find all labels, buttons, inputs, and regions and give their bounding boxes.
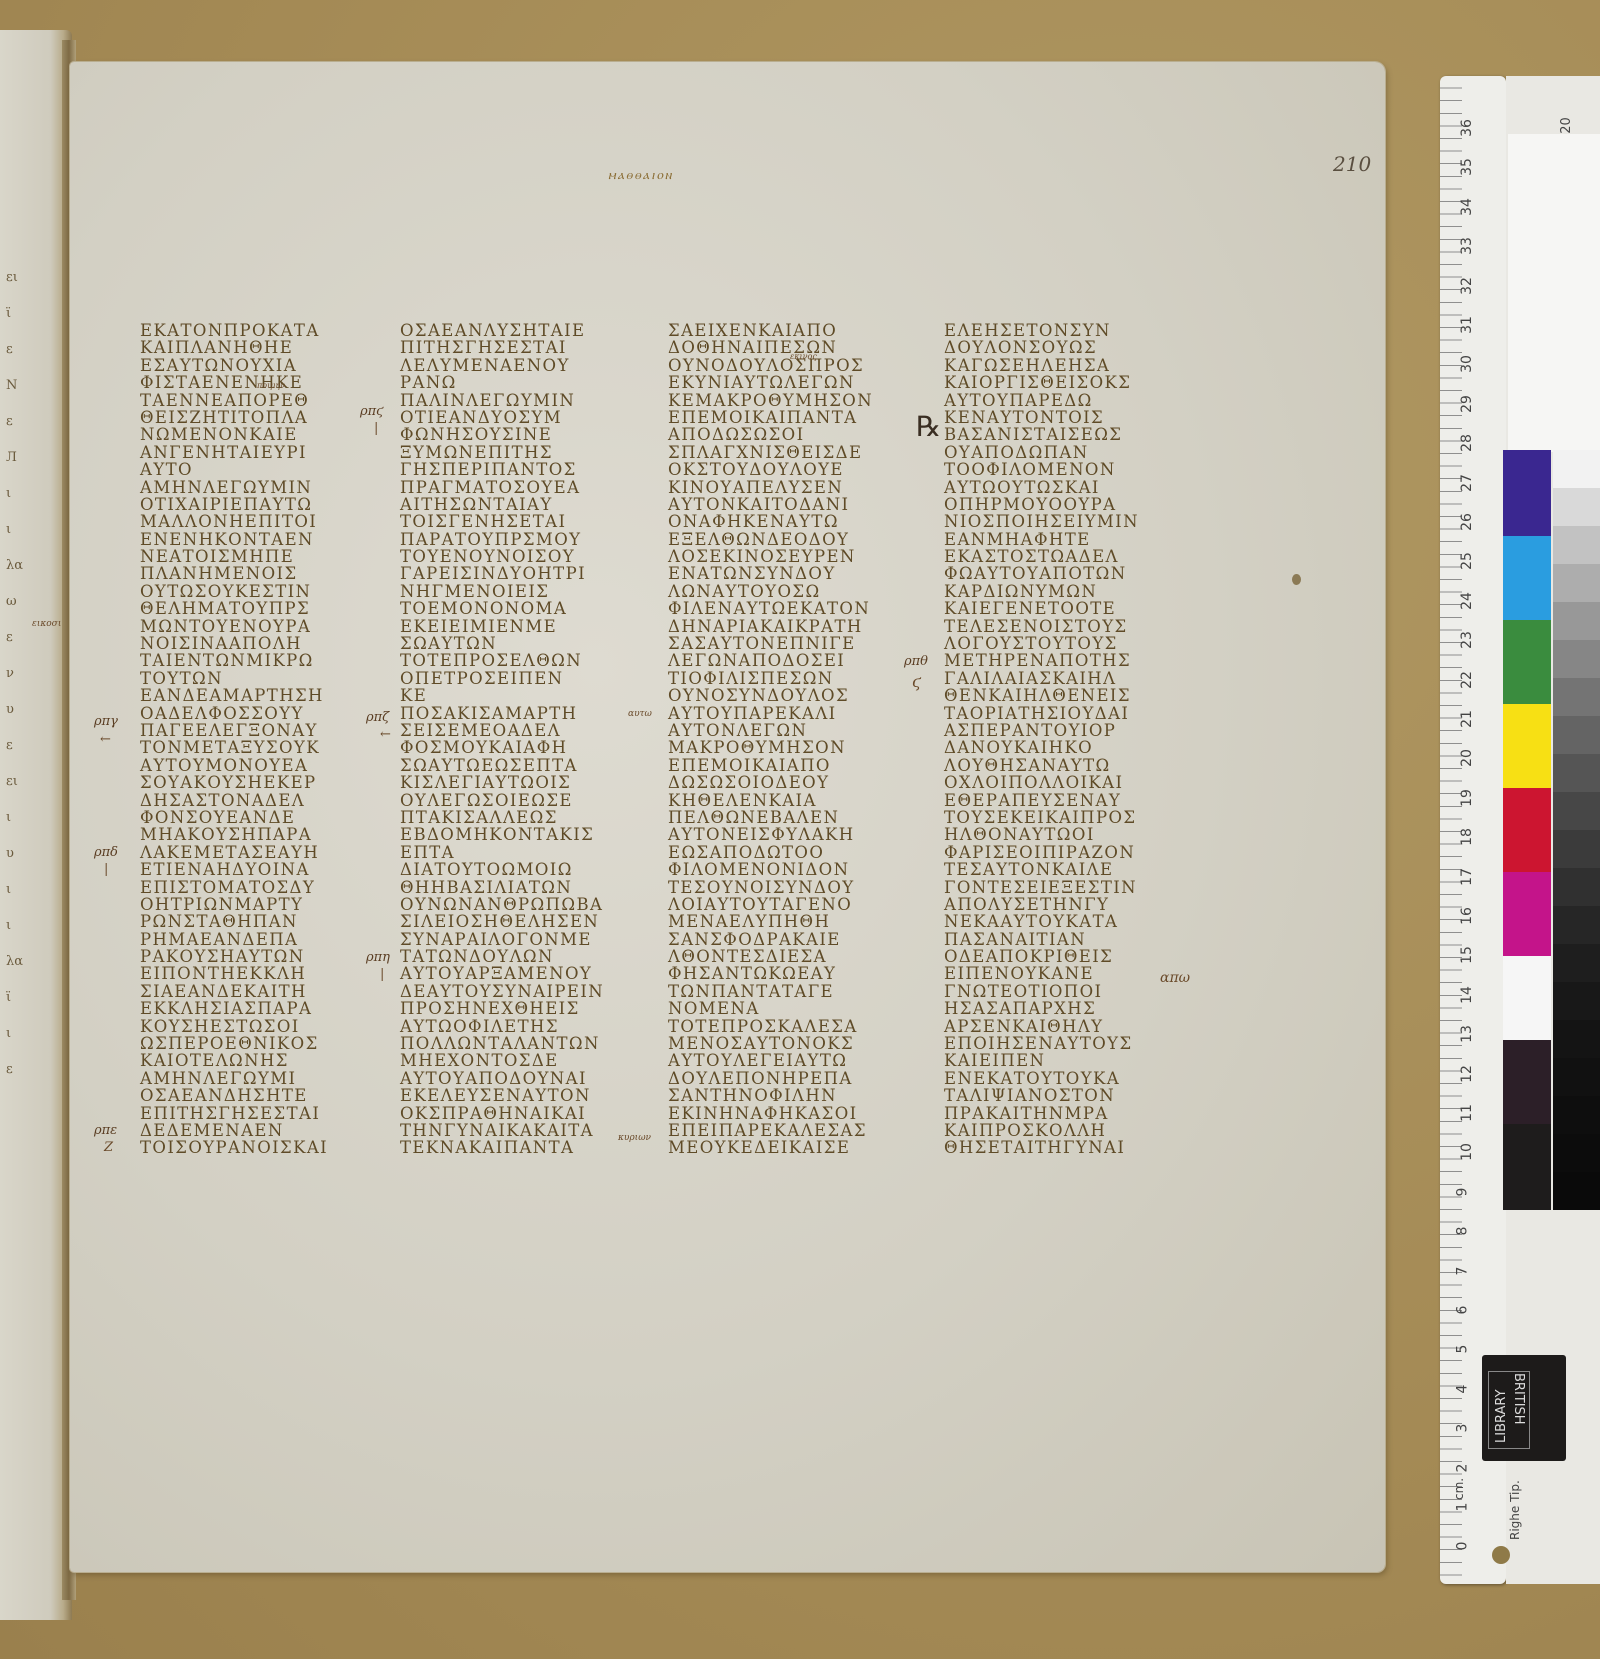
facing-page-text-fragment: υ [6, 846, 14, 861]
manuscript-line: ΟΚΣΠΡΑΘΗΝΑΙΚΑΙ [400, 1105, 655, 1122]
facing-page-text-fragment: Л [6, 450, 17, 465]
ruler-number: 10 [1459, 1143, 1475, 1161]
manuscript-line: ΣΑΕΙΧΕΝΚΑΙΑΠΟ [668, 322, 923, 339]
manuscript-line: ΤΟΥΕΝΟΥΝΟΙΣΟΥ [400, 548, 655, 565]
manuscript-line: ΤΕΚΝΑΚΑΙΠΑΝΤΑ [400, 1139, 655, 1156]
ruler-number: 29 [1459, 395, 1475, 413]
facing-page-text-fragment: ε [6, 342, 13, 357]
manuscript-line: ΣΟΥΑΚΟΥΣΗΕΚΕΡ [140, 774, 395, 791]
manuscript-line: ΤΑΤΩΝΔΟΥΛΩΝ [400, 948, 655, 965]
manuscript-line: ΟΧΛΟΙΠΟΛΛΟΙΚΑΙ [944, 774, 1199, 791]
manuscript-line: ΤΟΟΦΙΛΟΜΕΝΟΝ [944, 461, 1199, 478]
manuscript-line: ΚΑΙΟΤΕΛΩΝΗΣ [140, 1052, 395, 1069]
manuscript-line: ΟΗΤΡΙΩΝΜΑΡΤΥ [140, 896, 395, 913]
color-swatch-black [1503, 1124, 1551, 1210]
manuscript-line: ΝΕΑΤΟΙΣΜΗΠΕ [140, 548, 395, 565]
manuscript-line: ΛΟΓΟΥΣΤΟΥΤΟΥΣ [944, 635, 1199, 652]
manuscript-line: ΑΠΟΔΩΣΩΣΟΙ [668, 426, 923, 443]
manuscript-line: ΤΟΤΕΠΡΟΣΕΛΘΩΝ [400, 652, 655, 669]
gray-step-swatch [1553, 868, 1600, 906]
manuscript-line: ΕΚΑΤΟΝΠΡΟΚΑΤΑ [140, 322, 395, 339]
margin-gloss: κυριων [618, 1133, 651, 1143]
manuscript-line: ΕΚΑΣΤΟΣΤΩΑΔΕΛ [944, 548, 1199, 565]
manuscript-line: ΤΟΤΕΠΡΟΣΚΑΛΕΣΑ [668, 1018, 923, 1035]
gray-step-swatch [1553, 488, 1600, 526]
facing-page-text-fragment: ε [6, 1062, 13, 1077]
manuscript-line: ΕΚΕΙΕΙΜΙΕΝΜΕ [400, 618, 655, 635]
manuscript-line: ΛΕΓΩΝΑΠΟΔΟΣΕΙ [668, 652, 923, 669]
section-number: ρπζ [366, 710, 389, 725]
gray-step-swatch [1553, 1096, 1600, 1134]
section-number: ρπθ [904, 654, 928, 669]
manuscript-line: ΤΟΙΣΓΕΝΗΣΕΤΑΙ [400, 513, 655, 530]
manuscript-line: ΟΥΛΕΓΩΣΟΙΕΩΣΕ [400, 792, 655, 809]
ruler-number: 26 [1459, 513, 1475, 531]
manuscript-line: ΘΕΙΣΖΗΤΙΤΟΠΛΑ [140, 409, 395, 426]
manuscript-line: ΕΚΥΝΙΑΥΤΩΛΕΓΩΝ [668, 374, 923, 391]
manuscript-line: ΟΣΑΕΑΝΛΥΣΗΤΑΙΕ [400, 322, 655, 339]
manuscript-line: ΕΘΕΡΑΠΕΥΣΕΝΑΥ [944, 792, 1199, 809]
manuscript-line: ΚΕΜΑΚΡΟΘΥΜΗΣΟΝ [668, 392, 923, 409]
manuscript-line: ΟΣΑΕΑΝΔΗΣΗΤΕ [140, 1087, 395, 1104]
manuscript-line: ΦΑΡΙΣΕΟΙΠΙΡΑΖΟΝ [944, 844, 1199, 861]
section-subnumber: | [104, 862, 108, 877]
margin-gloss: αυτω [628, 709, 652, 719]
gray-step-swatch [1553, 526, 1600, 564]
manuscript-line: ΜΕΝΟΣΑΥΤΟΝΟΚΣ [668, 1035, 923, 1052]
section-number: ρπε [94, 1123, 117, 1138]
facing-page-text-fragment: Ν [6, 378, 17, 393]
ruler-unit-label: cm. [1452, 1478, 1466, 1500]
color-swatch-yellow [1503, 704, 1551, 788]
gray-step-swatch [1553, 1058, 1600, 1096]
manuscript-line: ΠΙΤΗΣΓΗΣΕΣΤΑΙ [400, 339, 655, 356]
color-swatch-magenta [1503, 872, 1551, 956]
gray-step-swatch [1553, 1134, 1600, 1172]
manuscript-line: ΤΙΟΦΙΛΙΣΠΕΣΩΝ [668, 670, 923, 687]
gray-step-swatch [1553, 716, 1600, 754]
ruler-number: 23 [1459, 631, 1475, 649]
section-subnumber: ← [380, 727, 391, 742]
section-number: ρπδ [94, 845, 118, 860]
manuscript-line: ΚΗΘΕΛΕΝΚΑΙΑ [668, 792, 923, 809]
ruler-number: 25 [1459, 552, 1475, 570]
ruler-number: 19 [1459, 789, 1475, 807]
manuscript-line: ΠΡΟΣΗΝΕΧΘΗΕΙΣ [400, 1000, 655, 1017]
color-swatch-dark-brown [1503, 1040, 1551, 1124]
label-line-british: BRITISH [1511, 1373, 1526, 1425]
manuscript-line: ΣΙΛΕΙΟΣΗΘΕΛΗΣΕΝ [400, 913, 655, 930]
manuscript-line: ΠΟΣΑΚΙΣΑΜΑΡΤΗ [400, 705, 655, 722]
manuscript-line: ΟΥΝΩΝΑΝΘΡΩΠΩΒΑ [400, 896, 655, 913]
manuscript-line: ΛΩΝΑΥΤΟΥΟΣΩ [668, 583, 923, 600]
manuscript-line: ΑΥΤΟΥΑΡΞΑΜΕΝΟΥ [400, 965, 655, 982]
manuscript-line: ΜΗΕΧΟΝΤΟΣΔΕ [400, 1052, 655, 1069]
facing-page-text-fragment: ει [6, 774, 18, 789]
ruler-number: 16 [1459, 907, 1475, 925]
manuscript-line: ΚΙΝΟΥΑΠΕΛΥΣΕΝ [668, 479, 923, 496]
manuscript-line: ΤΟΝΜΕΤΑΞΥΣΟΥΚ [140, 739, 395, 756]
manuscript-line: ΣΥΝΑΡΑΙΛΟΓΟΝΜΕ [400, 931, 655, 948]
manuscript-line: ΓΟΝΤΕΣΕΙΕΞΕΣΤΙΝ [944, 879, 1199, 896]
manuscript-line: ΜΕΤΗΡΕΝΑΠΟΤΗΣ [944, 652, 1199, 669]
stain-mark [1292, 574, 1301, 585]
manuscript-line: ΠΑΡΑΤΟΥΠΡΣΜΟΥ [400, 531, 655, 548]
manuscript-line: ΕΠΕΙΠΑΡΕΚΑΛΕΣΑΣ [668, 1122, 923, 1139]
ruler-number: 11 [1459, 1104, 1475, 1122]
manuscript-line: ΤΟΥΣΕΚΕΙΚΑΙΠΡΟΣ [944, 809, 1199, 826]
manuscript-line: ΕΝΕΝΗΚΟΝΤΑΕΝ [140, 531, 395, 548]
manuscript-line: ΕΛΕΗΣΕΤΟΝΣΥΝ [944, 322, 1199, 339]
manuscript-line: ΝΟΜΕΝΑ [668, 1000, 923, 1017]
manuscript-line: ΤΟΙΣΟΥΡΑΝΟΙΣΚΑΙ [140, 1139, 395, 1156]
gray-step-swatch [1553, 678, 1600, 716]
manuscript-line: ΣΑΣΑΥΤΟΝΕΠΝΙΓΕ [668, 635, 923, 652]
ruler-number: 12 [1459, 1065, 1475, 1083]
manuscript-line: ΣΕΙΣΕΜΕΟΑΔΕΛ [400, 722, 655, 739]
manuscript-line: ΝΕΚΑΑΥΤΟΥΚΑΤΑ [944, 913, 1199, 930]
color-swatches [1503, 450, 1551, 1210]
manuscript-line: ΗΣΑΣΑΠΑΡΧΗΣ [944, 1000, 1199, 1017]
manuscript-line: ΔΑΝΟΥΚΑΙΗΚΟ [944, 739, 1199, 756]
manuscript-line: ΣΙΑΕΑΝΔΕΚΑΙΤΗ [140, 983, 395, 1000]
text-column-1: ΕΚΑΤΟΝΠΡΟΚΑΤΑΚΑΙΠΛΑΝΗΘΗΕΕΣΑΥΤΩΝΟΥΧΙΑΦΙΣΤ… [140, 322, 395, 1157]
manuscript-line: ΟΥΑΠΟΔΩΠΑΝ [944, 444, 1199, 461]
manuscript-line: ΒΑΣΑΝΙΣΤΑΙΣΕΩΣ [944, 426, 1199, 443]
manuscript-line: ΜΑΚΡΟΘΥΜΗΣΟΝ [668, 739, 923, 756]
british-library-label: LIBRARY BRITISH [1482, 1355, 1566, 1461]
manuscript-line: ΤΟΥΤΩΝ [140, 670, 395, 687]
manuscript-line: ΤΑΟΡΙΑΤΗΣΙΟΥΔΑΙ [944, 705, 1199, 722]
folio-number: 210 [1333, 152, 1371, 176]
manuscript-line: ΑΥΤΟΝΕΙΣΦΥΛΑΚΗ [668, 826, 923, 843]
ruler-number: 7 [1454, 1266, 1470, 1275]
manuscript-line: ΚΑΡΔΙΩΝΥΜΩΝ [944, 583, 1199, 600]
manuscript-line: ΝΩΜΕΝΟΝΚΑΙΕ [140, 426, 395, 443]
manuscript-line: ΓΗΣΠΕΡΙΠΑΝΤΟΣ [400, 461, 655, 478]
manuscript-line: ΝΙΟΣΠΟΙΗΣΕΙΥΜΙΝ [944, 513, 1199, 530]
corrector-mark: ℞ [916, 410, 941, 443]
facing-page-text-fragment: ε [6, 414, 13, 429]
text-column-2: ΟΣΑΕΑΝΛΥΣΗΤΑΙΕΠΙΤΗΣΓΗΣΕΣΤΑΙΛΕΛΥΜΕΝΑΕΝΟΥΡ… [400, 322, 655, 1157]
manuscript-line: ΤΑΙΕΝΤΩΝΜΙΚΡΩ [140, 652, 395, 669]
label-line-library: LIBRARY [1494, 1389, 1509, 1443]
facing-page-text-fragment: ω [6, 594, 17, 609]
manuscript-line: ΘΕΛΗΜΑΤΟΥΠΡΣ [140, 600, 395, 617]
section-number: ρπϛ [360, 404, 383, 419]
facing-page-text-fragment: ι [6, 918, 11, 933]
facing-page-text-fragment: ϊ [6, 990, 11, 1005]
gray-step-swatch [1553, 602, 1600, 640]
facing-page-text-fragment: ε [6, 738, 13, 753]
manuscript-line: ΦΙΛΕΝΑΥΤΩΕΚΑΤΟΝ [668, 600, 923, 617]
white-reference-card [1508, 134, 1600, 452]
ruler-number: 9 [1454, 1187, 1470, 1196]
manuscript-line: ΦΟΝΣΟΥΕΑΝΔΕ [140, 809, 395, 826]
facing-page-text-fragment: ει [6, 270, 18, 285]
facing-page-text-fragment: λα [6, 954, 23, 969]
manuscript-line: ΜΕΝΑΕΛΥΠΗΘΗ [668, 913, 923, 930]
manuscript-line: ΤΕΣΟΥΝΟΙΣΥΝΔΟΥ [668, 879, 923, 896]
ruler-number: 6 [1454, 1306, 1470, 1315]
ruler-number: 18 [1459, 828, 1475, 846]
manuscript-line: ΓΑΡΕΙΣΙΝΔΥΟΗΤΡΙ [400, 565, 655, 582]
manuscript-line: ΑΜΗΝΛΕΓΩΥΜΙΝ [140, 479, 395, 496]
manuscript-line: ΜΕΟΥΚΕΔΕΙΚΑΙΣΕ [668, 1139, 923, 1156]
ruler-number: 33 [1459, 237, 1475, 255]
manuscript-line: ΦΩΝΗΣΟΥΣΙΝΕ [400, 426, 655, 443]
grayscale-swatches [1553, 450, 1600, 1210]
manuscript-line: ΕΠΕΜΟΙΚΑΙΠΑΝΤΑ [668, 409, 923, 426]
manuscript-line: ΚΕ [400, 687, 655, 704]
manuscript-line: ΦΙΛΟΜΕΝΟΝΙΔΟΝ [668, 861, 923, 878]
ruler-number: 21 [1459, 710, 1475, 728]
manuscript-line: ΑΥΤΟΥΑΠΟΔΟΥΝΑΙ [400, 1070, 655, 1087]
manuscript-line: ΑΥΤΟΥΛΕΓΕΙΑΥΤΩ [668, 1052, 923, 1069]
manuscript-line: ΑΥΤΟ [140, 461, 395, 478]
manuscript-line: ΑΙΤΗΣΩΝΤΑΙΑΥ [400, 496, 655, 513]
ruler-number: 35 [1459, 158, 1475, 176]
manuscript-line: ΑΜΗΝΛΕΓΩΥΜΙ [140, 1070, 395, 1087]
manuscript-line: ΤΑΛΙΨΙΑΝΟΣΤΟΝ [944, 1087, 1199, 1104]
manuscript-line: ΤΑΕΝΝΕΑΠΟΡΕΘ [140, 392, 395, 409]
manuscript-line: ΚΑΙΟΡΓΙΣΘΕΙΣΟΚΣ [944, 374, 1199, 391]
manuscript-line: ΕΞΕΛΘΩΝΔΕΟΔΟΥ [668, 531, 923, 548]
manuscript-line: ΠΑΛΙΝΛΕΓΩΥΜΙΝ [400, 392, 655, 409]
manuscript-line: ΚΑΙΠΛΑΝΗΘΗΕ [140, 339, 395, 356]
manuscript-line: ΓΑΛΙΛΑΙΑΣΚΑΙΗΛ [944, 670, 1199, 687]
manuscript-line: ΚΙΣΛΕΓΙΑΥΤΩΟΙΣ [400, 774, 655, 791]
gray-step-swatch [1553, 564, 1600, 602]
manuscript-line: ΦΩΑΥΤΟΥΑΠΟΤΩΝ [944, 565, 1199, 582]
manuscript-line: ΕΠΙΣΤΟΜΑΤΟΣΔΥ [140, 879, 395, 896]
section-number: ρπγ [94, 714, 118, 729]
section-subnumber: ← [100, 732, 111, 747]
manuscript-line: ΠΑΓΕΕΛΕΓΞΟΝΑΥ [140, 722, 395, 739]
facing-page-text-fragment: ι [6, 486, 11, 501]
manuscript-line: ΟΥΤΩΣΟΥΚΕΣΤΙΝ [140, 583, 395, 600]
color-swatch-white [1503, 956, 1551, 1040]
gray-step-swatch [1553, 1172, 1600, 1210]
manuscript-line: ΑΡΣΕΝΚΑΙΘΗΛΥ [944, 1018, 1199, 1035]
color-swatch-green [1503, 620, 1551, 704]
interlinear-correction: εκινος [790, 352, 817, 361]
manuscript-line: ΑΥΤΩΟΦΙΛΕΤΗΣ [400, 1018, 655, 1035]
manuscript-line: ΠΕΛΘΩΝΕΒΑΛΕΝ [668, 809, 923, 826]
manuscript-line: ΩΣΠΕΡΟΕΘΝΙΚΟΣ [140, 1035, 395, 1052]
section-subnumber: ϛ [912, 672, 921, 691]
manuscript-line: ΞΥΜΩΝΕΠΙΤΗΣ [400, 444, 655, 461]
gray-step-swatch [1553, 906, 1600, 944]
manuscript-line: ΚΑΙΕΙΠΕΝ [944, 1052, 1199, 1069]
manuscript-line: ΟΔΕΑΠΟΚΡΙΘΕΙΣ [944, 948, 1199, 965]
manuscript-line: ΛΘΟΝΤΕΣΔΙΕΣΑ [668, 948, 923, 965]
text-column-3: ΣΑΕΙΧΕΝΚΑΙΑΠΟΔΟΘΗΝΑΙΠΕΣΩΝΟΥΝΟΔΟΥΛΟΣΠΡΟΣΕ… [668, 322, 923, 1157]
manuscript-line: ΛΟΥΘΗΣΑΝΑΥΤΩ [944, 757, 1199, 774]
gray-step-swatch [1553, 944, 1600, 982]
ruler-number: 0 [1454, 1542, 1470, 1551]
ruler-number: 36 [1459, 119, 1475, 137]
manuscript-line: ΑΥΤΟΥΠΑΡΕΔΩ [944, 392, 1199, 409]
manuscript-line: ΚΟΥΣΗΕΣΤΩΣΟΙ [140, 1018, 395, 1035]
margin-gloss: απω [1160, 970, 1190, 986]
manuscript-line: ΦΟΣΜΟΥΚΑΙΑΦΗ [400, 739, 655, 756]
manuscript-line: ΔΟΥΛΟΝΣΟΥΩΣ [944, 339, 1199, 356]
manuscript-line: ΑΥΤΟΝΚΑΙΤΟΔΑΝΙ [668, 496, 923, 513]
manuscript-line: ΠΛΑΝΗΜΕΝΟΙΣ [140, 565, 395, 582]
gray-step-swatch [1553, 982, 1600, 1020]
manuscript-line: ΝΗΓΜΕΝΟΙΕΙΣ [400, 583, 655, 600]
manuscript-line: ΣΠΛΑΓΧΝΙΣΘΕΙΣΔΕ [668, 444, 923, 461]
section-subnumber: Ζ [104, 1140, 113, 1155]
facing-page-text-fragment: ι [6, 522, 11, 537]
manuscript-line: ΤΗΝΓΥΝΑΙΚΑΚΑΙΤΑ [400, 1122, 655, 1139]
manuscript-line: ΣΩΑΥΤΩΝ [400, 635, 655, 652]
manuscript-line: ΠΡΑΓΜΑΤΟΣΟΥΕΑ [400, 479, 655, 496]
manuscript-line: ΔΕΔΕΜΕΝΑΕΝ [140, 1122, 395, 1139]
section-subnumber: | [374, 421, 378, 436]
manuscript-line: ΦΗΣΑΝΤΩΚΩΕΑΥ [668, 965, 923, 982]
manuscript-line: ΟΠΗΡΜΟΥΟΟΥΡΑ [944, 496, 1199, 513]
manuscript-line: ΠΑΣΑΝΑΙΤΙΑΝ [944, 931, 1199, 948]
ruler-number: 27 [1459, 474, 1475, 492]
manuscript-line: ΜΩΝΤΟΥΕΝΟΥΡΑ [140, 618, 395, 635]
facing-page-text-fragment: ι [6, 810, 11, 825]
manuscript-line: ΕΑΝΜΗΑΦΗΤΕ [944, 531, 1199, 548]
manuscript-line: ΑΝΓΕΝΗΤΑΙΕΥΡΙ [140, 444, 395, 461]
manuscript-line: ΛΟΙΑΥΤΟΥΤΑΓΕΝΟ [668, 896, 923, 913]
color-swatch-violet [1503, 450, 1551, 536]
manuscript-line: ΕΠΕΜΟΙΚΑΙΑΠΟ [668, 757, 923, 774]
manuscript-line: ΡΗΜΑΕΑΝΔΕΠΑ [140, 931, 395, 948]
manuscript-line: ΗΛΘΟΝΑΥΤΩΟΙ [944, 826, 1199, 843]
color-swatch-cyan [1503, 536, 1551, 620]
manuscript-line: ΔΗΝΑΡΙΑΚΑΙΚΡΑΤΗ [668, 618, 923, 635]
manuscript-line: ΟΤΙΕΑΝΔΥΟΣΥΜ [400, 409, 655, 426]
manuscript-line: ΑΠΟΛΥΣΕΤΗΝΓΥ [944, 896, 1199, 913]
color-swatch-red [1503, 788, 1551, 872]
manuscript-line: ΟΤΙΧΑΙΡΙΕΠΑΥΤΩ [140, 496, 395, 513]
manuscript-line: ΕΠΙΤΗΣΓΗΣΕΣΤΑΙ [140, 1105, 395, 1122]
manuscript-line: ΝΟΙΣΙΝΑΑΠΟΛΗ [140, 635, 395, 652]
manuscript-line: ΠΤΑΚΙΣΑΛΛΕΩΣ [400, 809, 655, 826]
manuscript-line: ΛΑΚΕΜΕΤΑΣΕΑΥΗ [140, 844, 395, 861]
ruler-number: 22 [1459, 671, 1475, 689]
manuscript-line: ΡΑΝΩ [400, 374, 655, 391]
manuscript-line: ΣΑΝΣΦΟΔΡΑΚΑΙΕ [668, 931, 923, 948]
section-number: ρπη [366, 950, 390, 965]
manuscript-line: ΚΑΓΩΣΕΗΛΕΗΣΑ [944, 357, 1199, 374]
ruler-top-label: 20 [1559, 117, 1574, 134]
manuscript-line: ΜΗΑΚΟΥΣΗΠΑΡΑ [140, 826, 395, 843]
manuscript-line: ΑΥΤΟΥΠΑΡΕΚΑΛΙ [668, 705, 923, 722]
ruler-number: 13 [1459, 1025, 1475, 1043]
manuscript-line: ΡΑΚΟΥΣΗΑΥΤΩΝ [140, 948, 395, 965]
manuscript-line: ΣΑΝΤΗΝΟΦΙΛΗΝ [668, 1087, 923, 1104]
ruler-number: 34 [1459, 198, 1475, 216]
manuscript-line: ΟΝΑΦΗΚΕΝΑΥΤΩ [668, 513, 923, 530]
facing-page-text-fragment: ϊ [6, 306, 11, 321]
manuscript-line: ΕΚΚΛΗΣΙΑΣΠΑΡΑ [140, 1000, 395, 1017]
facing-page-text-fragment: ι [6, 882, 11, 897]
manuscript-line: ΕΠΤΑ [400, 844, 655, 861]
ruler-number: 15 [1459, 946, 1475, 964]
gray-step-swatch [1553, 640, 1600, 678]
manuscript-line: ΟΠΕΤΡΟΣΕΙΠΕΝ [400, 670, 655, 687]
manuscript-line: ΚΑΙΠΡΟΣΚΟΛΛΗ [944, 1122, 1199, 1139]
manuscript-line: ΑΣΠΕΡΑΝΤΟΥΙΟΡ [944, 722, 1199, 739]
manuscript-line: ΕΝΕΚΑΤΟΥΤΟΥΚΑ [944, 1070, 1199, 1087]
ruler-number: 24 [1459, 592, 1475, 610]
ruler-number: 2 [1454, 1463, 1470, 1472]
manuscript-line: ΘΗΗΒΑΣΙΛΙΑΤΩΝ [400, 879, 655, 896]
ruler-number: 30 [1459, 355, 1475, 373]
manuscript-line: ΤΕΣΑΥΤΟΝΚΑΙΛΕ [944, 861, 1199, 878]
gray-step-swatch [1553, 450, 1600, 488]
ruler-number: 20 [1459, 749, 1475, 767]
gray-step-swatch [1553, 830, 1600, 868]
facing-page-text-fragment: υ [6, 702, 14, 717]
ruler-number: 4 [1454, 1384, 1470, 1393]
manuscript-line: ΑΥΤΟΝΛΕΓΩΝ [668, 722, 923, 739]
manuscript-line: ΟΑΔΕΛΦΟΣΣΟΥΥ [140, 705, 395, 722]
manuscript-line: ΕΒΔΟΜΗΚΟΝΤΑΚΙΣ [400, 826, 655, 843]
manuscript-line: ΑΥΤΟΥΜΟΝΟΥΕΑ [140, 757, 395, 774]
ruler-number: 32 [1459, 277, 1475, 295]
ruler-hole [1492, 1546, 1510, 1564]
facing-page-text-fragment: ε [6, 630, 13, 645]
section-subnumber: | [380, 967, 384, 982]
manuscript-line: ΔΩΣΩΣΟΙΟΔΕΟΥ [668, 774, 923, 791]
manuscript-line: ΘΕΝΚΑΙΗΛΘΕΝΕΙΣ [944, 687, 1199, 704]
ruler-number: 17 [1459, 868, 1475, 886]
ruler-number: 3 [1454, 1424, 1470, 1433]
manuscript-line: ΚΑΙΕΓΕΝΕΤΟΟΤΕ [944, 600, 1199, 617]
text-column-4: ΕΛΕΗΣΕΤΟΝΣΥΝΔΟΥΛΟΝΣΟΥΩΣΚΑΓΩΣΕΗΛΕΗΣΑΚΑΙΟΡ… [944, 322, 1199, 1157]
ruler-number: 14 [1459, 986, 1475, 1004]
running-title: ⲙⲁⲑⲑⲁⲓⲟⲛ [608, 168, 673, 183]
manuscript-line: ΤΟΕΜΟΝΟΝΟΜΑ [400, 600, 655, 617]
manuscript-line: ΕΚΕΛΕΥΣΕΝΑΥΤΟΝ [400, 1087, 655, 1104]
facing-page-text-fragment: ι [6, 1026, 11, 1041]
manuscript-line: ΛΟΣΕΚΙΝΟΣΕΥΡΕΝ [668, 548, 923, 565]
manuscript-line: ΕΤΙΕΝΑΗΔΥΟΙΝΑ [140, 861, 395, 878]
facing-page-gloss: εικοσι [32, 619, 61, 629]
manuscript-line: ΘΗΣΕΤΑΙΤΗΓΥΝΑΙ [944, 1139, 1199, 1156]
ruler-scale-label: Righe Tip. [1508, 1480, 1522, 1540]
manuscript-line: ΕΠΟΙΗΣΕΝΑΥΤΟΥΣ [944, 1035, 1199, 1052]
ruler-number: 28 [1459, 434, 1475, 452]
ruler-number: 31 [1459, 316, 1475, 334]
manuscript-line: ΠΟΛΛΩΝΤΑΛΑΝΤΩΝ [400, 1035, 655, 1052]
ruler-number: 1 [1454, 1503, 1470, 1512]
ruler-number: 8 [1454, 1227, 1470, 1236]
manuscript-line: ΔΗΣΑΣΤΟΝΑΔΕΛ [140, 792, 395, 809]
manuscript-line: ΕΝΑΤΩΝΣΥΝΔΟΥ [668, 565, 923, 582]
manuscript-line: ΔΙΑΤΟΥΤΟΩΜΟΙΩ [400, 861, 655, 878]
manuscript-line: ΟΥΝΟΣΥΝΔΟΥΛΟΣ [668, 687, 923, 704]
facing-page-text-fragment: ν [6, 666, 14, 681]
manuscript-line: ΔΟΥΛΕΠΟΝΗΡΕΠΑ [668, 1070, 923, 1087]
manuscript-line: ΚΕΝΑΥΤΟΝΤΟΙΣ [944, 409, 1199, 426]
manuscript-line: ΕΑΝΔΕΑΜΑΡΤΗΣΗ [140, 687, 395, 704]
manuscript-line: ΑΥΤΩΟΥΤΩΣΚΑΙ [944, 479, 1199, 496]
manuscript-line: ΕΚΙΝΗΝΑΦΗΚΑΣΟΙ [668, 1105, 923, 1122]
interlinear-correction: ποιμην [257, 381, 285, 390]
facing-page-text-fragment: λα [6, 558, 23, 573]
manuscript-line: ΡΩΝΣΤΑΘΗΠΑΝ [140, 913, 395, 930]
manuscript-line: ΕΩΣΑΠΟΔΩΤΟΟ [668, 844, 923, 861]
